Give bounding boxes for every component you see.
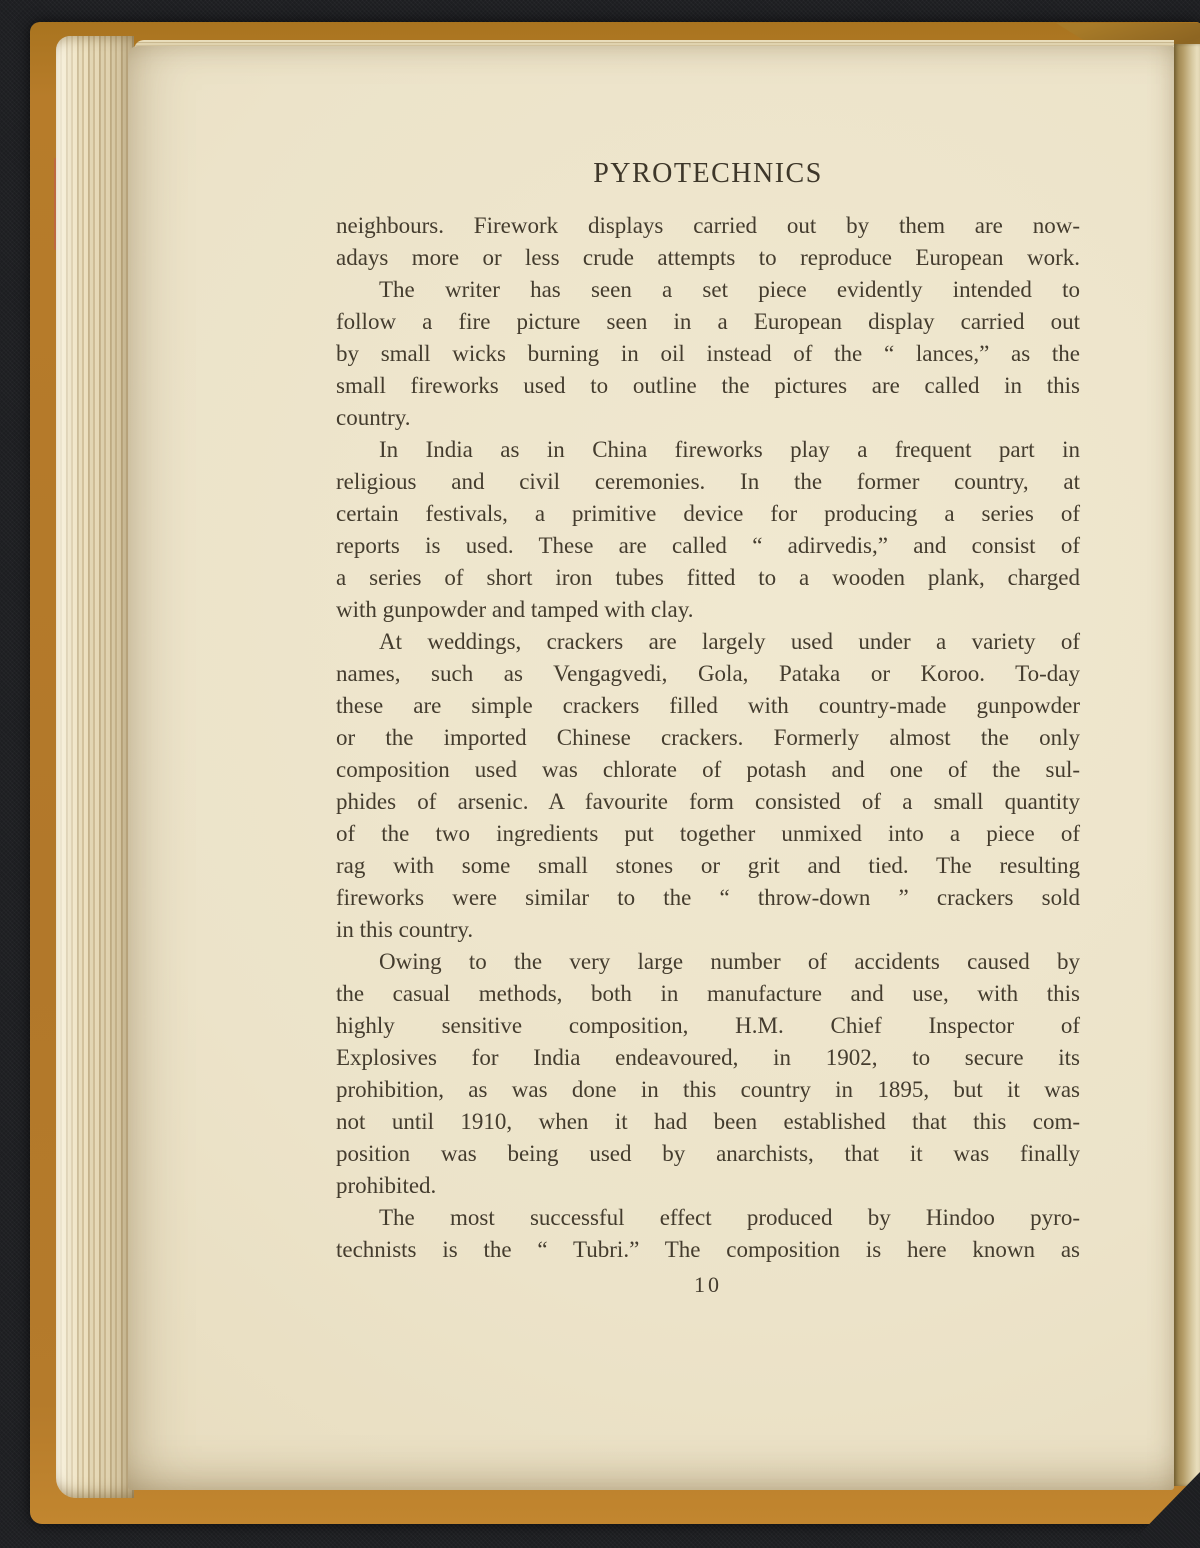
text-line: Owing to the very large number of accide… — [336, 946, 1080, 978]
text-line: with gunpowder and tamped with clay. — [336, 594, 1080, 626]
text-line: or the imported Chinese crackers. Former… — [336, 722, 1080, 754]
text-line: phides of arsenic. A favourite form cons… — [336, 786, 1080, 818]
text-line: At weddings, crackers are largely used u… — [336, 626, 1080, 658]
text-line: in this country. — [336, 914, 1080, 946]
text-line: prohibition, as was done in this country… — [336, 1074, 1080, 1106]
fore-edge-right — [1174, 44, 1200, 1486]
text-line: technists is the “ Tubri.” The compositi… — [336, 1234, 1080, 1266]
text-line: highly sensitive composition, H.M. Chief… — [336, 1010, 1080, 1042]
page-header-title: PYROTECHNICS — [336, 156, 1080, 192]
book-page: PYROTECHNICS neighbours. Firework displa… — [128, 46, 1174, 1490]
text-line: country. — [336, 402, 1080, 434]
text-line: fireworks were similar to the “ throw-do… — [336, 882, 1080, 914]
text-line: The most successful effect produced by H… — [336, 1202, 1080, 1234]
text-line: of the two ingredients put together unmi… — [336, 818, 1080, 850]
text-block: neighbours. Firework displays carried ou… — [336, 210, 1080, 1266]
text-line: religious and civil ceremonies. In the f… — [336, 466, 1080, 498]
text-line: the casual methods, both in manufacture … — [336, 978, 1080, 1010]
text-line: The writer has seen a set piece evidentl… — [336, 274, 1080, 306]
text-line: reports is used. These are called “ adir… — [336, 530, 1080, 562]
text-line: prohibited. — [336, 1170, 1080, 1202]
text-line: neighbours. Firework displays carried ou… — [336, 210, 1080, 242]
text-line: In India as in China fireworks play a fr… — [336, 434, 1080, 466]
text-line: rag with some small stones or grit and t… — [336, 850, 1080, 882]
page-edges-left — [56, 36, 134, 1498]
text-line: position was being used by anarchists, t… — [336, 1138, 1080, 1170]
text-line: adays more or less crude attempts to rep… — [336, 242, 1080, 274]
text-line: composition used was chlorate of potash … — [336, 754, 1080, 786]
text-line: by small wicks burning in oil instead of… — [336, 338, 1080, 370]
text-line: names, such as Vengagvedi, Gola, Pataka … — [336, 658, 1080, 690]
photo-background: PYROTECHNICS neighbours. Firework displa… — [0, 0, 1200, 1548]
text-line: these are simple crackers filled with co… — [336, 690, 1080, 722]
text-line: not until 1910, when it had been establi… — [336, 1106, 1080, 1138]
page-number: 10 — [336, 1270, 1080, 1300]
text-line: a series of short iron tubes fitted to a… — [336, 562, 1080, 594]
text-line: certain festivals, a primitive device fo… — [336, 498, 1080, 530]
text-line: small fireworks used to outline the pict… — [336, 370, 1080, 402]
text-line: Explosives for India endeavoured, in 190… — [336, 1042, 1080, 1074]
text-line: follow a fire picture seen in a European… — [336, 306, 1080, 338]
red-thread-mark — [54, 158, 56, 250]
